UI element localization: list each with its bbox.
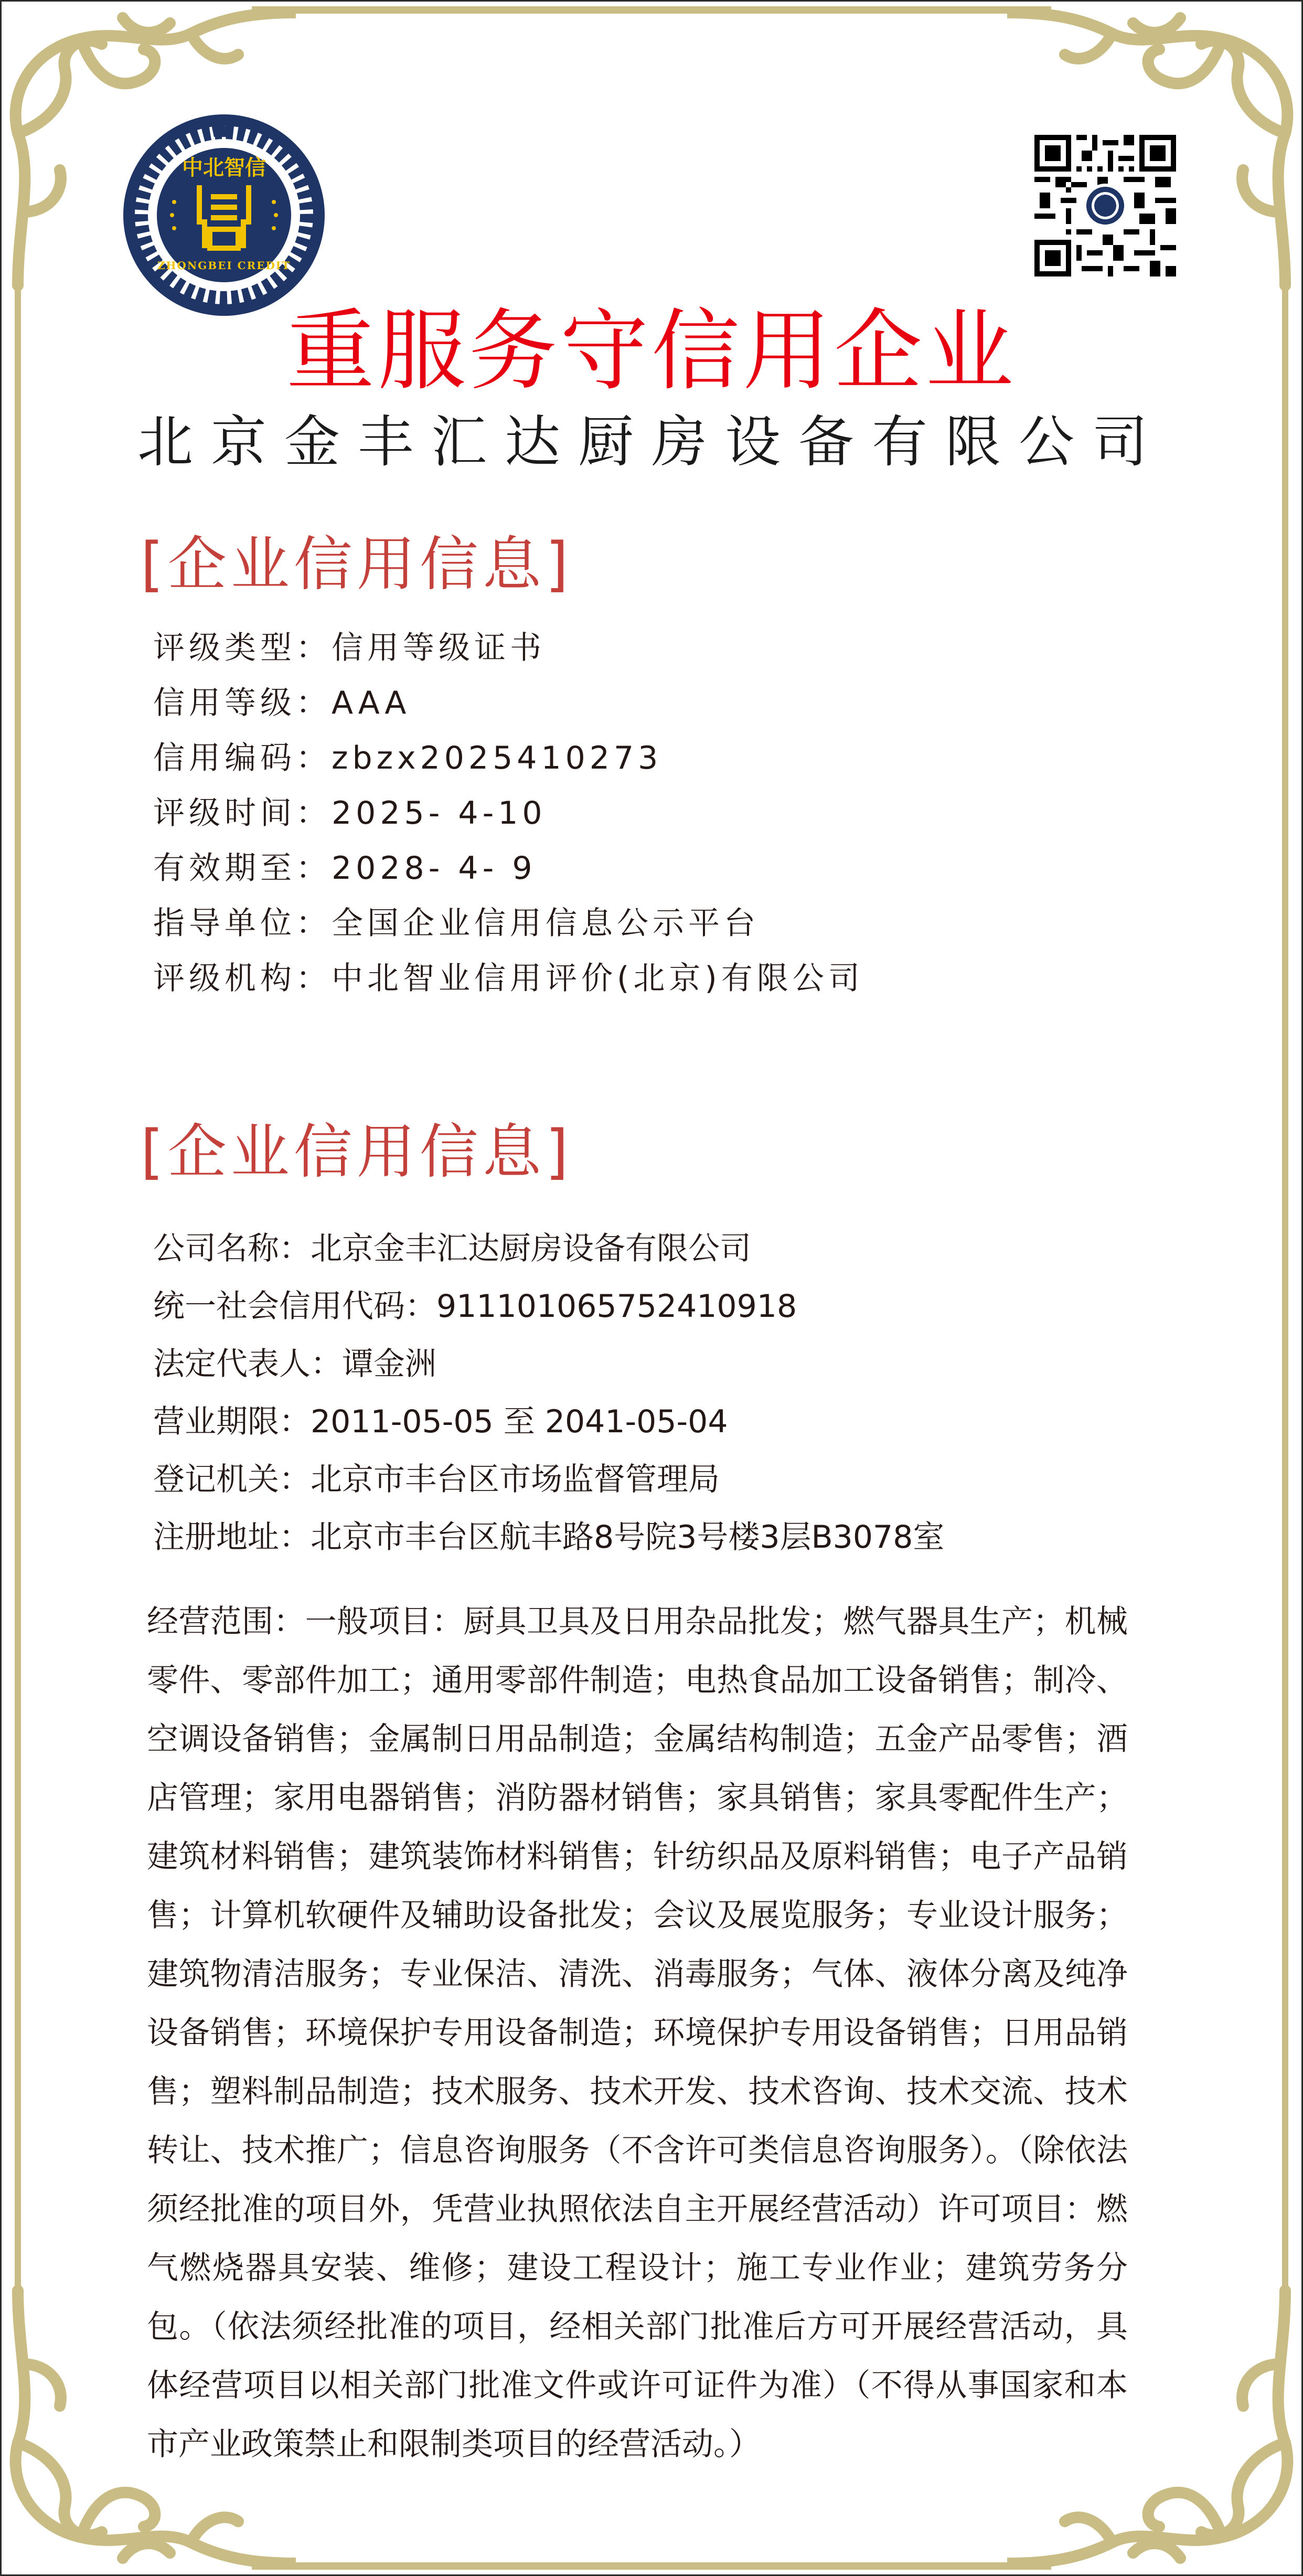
field-legal-representative: 法定代表人：谭金洲 <box>153 1348 436 1380</box>
field-value: 2011-05-05 至 2041-05-04 <box>311 1403 728 1440</box>
business-scope-label: 经营范围： <box>147 1603 305 1640</box>
field-value: 中北智业信用评价(北京)有限公司 <box>332 960 864 997</box>
logo-en-text: ZHONGBEI CREDIT <box>157 259 291 272</box>
qr-code-icon[interactable] <box>1034 135 1176 276</box>
field-label: 法定代表人： <box>153 1346 342 1382</box>
business-scope-text: 一般项目：厨具卫具及日用杂品批发；燃气器具生产；机械零件、零部件加工；通用零部件… <box>147 1603 1128 2463</box>
field-label: 信用编码： <box>153 740 332 776</box>
business-scope-paragraph: 经营范围：一般项目：厨具卫具及日用杂品批发；燃气器具生产；机械零件、零部件加工；… <box>147 1592 1128 2474</box>
field-label: 公司名称： <box>153 1230 311 1267</box>
field-credit-level: 信用等级：AAA <box>153 687 410 719</box>
field-registration-authority: 登记机关：北京市丰台区市场监督管理局 <box>153 1464 720 1495</box>
field-label: 注册地址： <box>153 1519 311 1556</box>
section-heading-credit-info: [企业信用信息] <box>141 535 572 594</box>
field-value: AAA <box>332 685 410 721</box>
field-label: 指导单位： <box>153 905 332 942</box>
field-label: 评级时间： <box>153 795 332 832</box>
field-value: zbzx2025410273 <box>332 740 662 776</box>
field-rating-date: 评级时间：2025- 4-10 <box>153 797 547 829</box>
field-label: 有效期至： <box>153 850 332 887</box>
field-credit-code: 信用编码：zbzx2025410273 <box>153 742 662 774</box>
field-value: 北京市丰台区市场监督管理局 <box>311 1461 720 1498</box>
field-guiding-unit: 指导单位：全国企业信用信息公示平台 <box>153 908 760 939</box>
logo-cn-text: 中北智信 <box>182 155 266 180</box>
field-value: 2028- 4- 9 <box>332 850 537 887</box>
field-value: 全国企业信用信息公示平台 <box>332 905 760 942</box>
field-value: 北京市丰台区航丰路8号院3号楼3层B3078室 <box>311 1519 944 1556</box>
field-label: 评级类型： <box>153 630 332 666</box>
field-value: 911101065752410918 <box>436 1288 797 1325</box>
field-registered-address: 注册地址：北京市丰台区航丰路8号院3号楼3层B3078室 <box>153 1521 944 1553</box>
field-value: 谭金洲 <box>342 1346 436 1382</box>
frame-line-right <box>1282 252 1288 2324</box>
field-rating-agency: 评级机构：中北智业信用评价(北京)有限公司 <box>153 963 864 994</box>
field-business-term: 营业期限：2011-05-05 至 2041-05-04 <box>153 1406 728 1438</box>
field-value: 北京金丰汇达厨房设备有限公司 <box>311 1230 751 1267</box>
field-rating-type: 评级类型：信用等级证书 <box>153 632 546 664</box>
zhongbei-credit-seal-icon: 中北智信 ZHONGBEI CREDIT <box>122 113 326 317</box>
field-label: 评级机构： <box>153 960 332 997</box>
frame-line-bottom <box>252 2562 1051 2570</box>
field-unified-credit-code: 统一社会信用代码：911101065752410918 <box>153 1291 797 1322</box>
field-label: 登记机关： <box>153 1461 311 1498</box>
field-label: 统一社会信用代码： <box>153 1288 436 1325</box>
field-value: 信用等级证书 <box>332 630 546 666</box>
field-value: 2025- 4-10 <box>332 795 547 832</box>
section-heading-company-info: [企业信用信息] <box>141 1123 572 1181</box>
field-company-name: 公司名称：北京金丰汇达厨房设备有限公司 <box>153 1233 751 1264</box>
frame-line-top <box>252 6 1051 14</box>
frame-line-left <box>15 252 21 2324</box>
field-label: 信用等级： <box>153 685 332 721</box>
field-valid-until: 有效期至：2028- 4- 9 <box>153 853 537 884</box>
certificate-title: 重服务守信用企业 <box>0 307 1303 395</box>
field-label: 营业期限： <box>153 1403 311 1440</box>
company-name-heading: 北京金丰汇达厨房设备有限公司 <box>0 414 1303 470</box>
